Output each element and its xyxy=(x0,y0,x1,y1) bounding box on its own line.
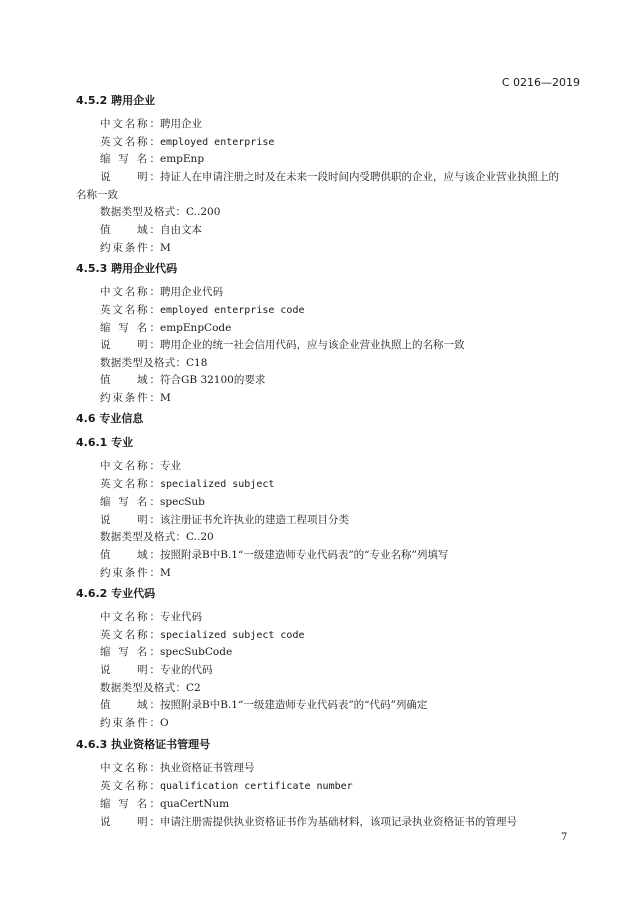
value: 按照附录B中B.1“一级建造师专业代码表”的“专业名称”列填写 xyxy=(160,549,448,561)
label: 数据类型及格式： xyxy=(100,679,186,697)
value: C18 xyxy=(186,357,207,369)
value: 聘用企业 xyxy=(160,118,202,130)
label: 说 明： xyxy=(100,511,160,529)
field-domain: 值 域：自由文本 xyxy=(100,221,202,239)
field-constraint: 约束条件：M xyxy=(100,389,171,407)
label: 中文名称： xyxy=(100,759,160,777)
section-heading-4-5-3: 4.5.3 聘用企业代码 xyxy=(76,260,177,278)
field-abbr: 缩 写 名：specSub xyxy=(100,493,205,511)
value: 聘用企业的统一社会信用代码，应与该企业营业执照上的名称一致 xyxy=(160,339,465,351)
label: 缩 写 名： xyxy=(100,493,160,511)
label: 值 域： xyxy=(100,371,160,389)
field-dtype: 数据类型及格式：C18 xyxy=(100,354,207,372)
label: 英文名称： xyxy=(100,475,160,493)
section-heading-4-6-1: 4.6.1 专业 xyxy=(76,434,133,452)
value: 自由文本 xyxy=(160,224,202,236)
section-heading-4-6-3: 4.6.3 执业资格证书管理号 xyxy=(76,736,210,754)
value: employed enterprise xyxy=(160,137,274,148)
field-desc-continuation: 名称一致 xyxy=(76,186,118,204)
label: 中文名称： xyxy=(100,115,160,133)
field-dtype: 数据类型及格式：C..200 xyxy=(100,203,220,221)
value: specSub xyxy=(160,496,205,508)
field-constraint: 约束条件：O xyxy=(100,714,169,732)
value: C..20 xyxy=(186,531,214,543)
label: 缩 写 名： xyxy=(100,150,160,168)
value: employed enterprise code xyxy=(160,305,305,316)
label: 英文名称： xyxy=(100,133,160,151)
value: M xyxy=(160,392,171,404)
value: 专业代码 xyxy=(160,611,202,623)
label: 说 明： xyxy=(100,168,160,186)
label: 说 明： xyxy=(100,813,160,831)
field-constraint: 约束条件：M xyxy=(100,564,171,582)
label: 值 域： xyxy=(100,546,160,564)
page-number: 7 xyxy=(561,829,567,847)
value: 聘用企业代码 xyxy=(160,286,223,298)
section-heading-4-6: 4.6 专业信息 xyxy=(76,410,143,428)
section-heading-4-6-2: 4.6.2 专业代码 xyxy=(76,585,155,603)
field-dtype: 数据类型及格式：C2 xyxy=(100,679,201,697)
label: 值 域： xyxy=(100,221,160,239)
field-abbr: 缩 写 名：empEnpCode xyxy=(100,319,231,337)
field-zh-name: 中文名称：专业 xyxy=(100,457,181,475)
label: 数据类型及格式： xyxy=(100,528,186,546)
field-abbr: 缩 写 名：specSubCode xyxy=(100,643,232,661)
field-zh-name: 中文名称：执业资格证书管理号 xyxy=(100,759,255,777)
value: 执业资格证书管理号 xyxy=(160,762,255,774)
field-desc: 说 明：申请注册需提供执业资格证书作为基础材料，该项记录执业资格证书的管理号 xyxy=(100,813,517,831)
label: 中文名称： xyxy=(100,283,160,301)
label: 中文名称： xyxy=(100,608,160,626)
document-code-header: C 0216—2019 xyxy=(502,74,580,92)
field-domain: 值 域：符合GB 32100的要求 xyxy=(100,371,265,389)
value: M xyxy=(160,242,171,254)
value: 专业的代码 xyxy=(160,664,213,676)
label: 数据类型及格式： xyxy=(100,354,186,372)
value: M xyxy=(160,567,171,579)
label: 约束条件： xyxy=(100,714,160,732)
label: 约束条件： xyxy=(100,239,160,257)
label: 缩 写 名： xyxy=(100,795,160,813)
value: empEnp xyxy=(160,153,204,165)
field-en-name: 英文名称：specialized subject xyxy=(100,475,274,494)
field-desc: 说 明：持证人在申请注册之时及在未来一段时间内受聘供职的企业，应与该企业营业执照… xyxy=(100,168,559,186)
label: 数据类型及格式： xyxy=(100,203,186,221)
section-heading-4-5-2: 4.5.2 聘用企业 xyxy=(76,92,155,110)
value: C2 xyxy=(186,682,201,694)
value: C..200 xyxy=(186,206,220,218)
label: 英文名称： xyxy=(100,777,160,795)
label: 英文名称： xyxy=(100,301,160,319)
field-abbr: 缩 写 名：quaCertNum xyxy=(100,795,229,813)
field-desc: 说 明：该注册证书允许执业的建造工程项目分类 xyxy=(100,511,349,529)
value: 申请注册需提供执业资格证书作为基础材料，该项记录执业资格证书的管理号 xyxy=(160,816,517,828)
field-domain: 值 域：按照附录B中B.1“一级建造师专业代码表”的“专业名称”列填写 xyxy=(100,546,448,564)
label: 说 明： xyxy=(100,661,160,679)
field-en-name: 英文名称：qualification certificate number xyxy=(100,777,353,796)
field-desc: 说 明：聘用企业的统一社会信用代码，应与该企业营业执照上的名称一致 xyxy=(100,336,465,354)
label: 缩 写 名： xyxy=(100,319,160,337)
field-dtype: 数据类型及格式：C..20 xyxy=(100,528,214,546)
field-desc: 说 明：专业的代码 xyxy=(100,661,213,679)
label: 英文名称： xyxy=(100,626,160,644)
field-zh-name: 中文名称：聘用企业 xyxy=(100,115,202,133)
value: 专业 xyxy=(160,460,181,472)
label: 约束条件： xyxy=(100,389,160,407)
label: 值 域： xyxy=(100,696,160,714)
value: empEnpCode xyxy=(160,322,231,334)
value: specialized subject xyxy=(160,479,274,490)
field-constraint: 约束条件：M xyxy=(100,239,171,257)
label: 中文名称： xyxy=(100,457,160,475)
value: qualification certificate number xyxy=(160,781,353,792)
label: 约束条件： xyxy=(100,564,160,582)
value: 持证人在申请注册之时及在未来一段时间内受聘供职的企业，应与该企业营业执照上的 xyxy=(160,171,559,183)
value: specialized subject code xyxy=(160,630,305,641)
field-domain: 值 域：按照附录B中B.1“一级建造师专业代码表”的“代码”列确定 xyxy=(100,696,427,714)
value: 按照附录B中B.1“一级建造师专业代码表”的“代码”列确定 xyxy=(160,699,427,711)
field-zh-name: 中文名称：聘用企业代码 xyxy=(100,283,223,301)
field-abbr: 缩 写 名：empEnp xyxy=(100,150,204,168)
field-zh-name: 中文名称：专业代码 xyxy=(100,608,202,626)
value: 符合GB 32100的要求 xyxy=(160,374,265,386)
field-en-name: 英文名称：employed enterprise code xyxy=(100,301,305,320)
label: 缩 写 名： xyxy=(100,643,160,661)
value: quaCertNum xyxy=(160,798,229,810)
value: 该注册证书允许执业的建造工程项目分类 xyxy=(160,514,349,526)
value: specSubCode xyxy=(160,646,232,658)
value: O xyxy=(160,717,169,729)
label: 说 明： xyxy=(100,336,160,354)
